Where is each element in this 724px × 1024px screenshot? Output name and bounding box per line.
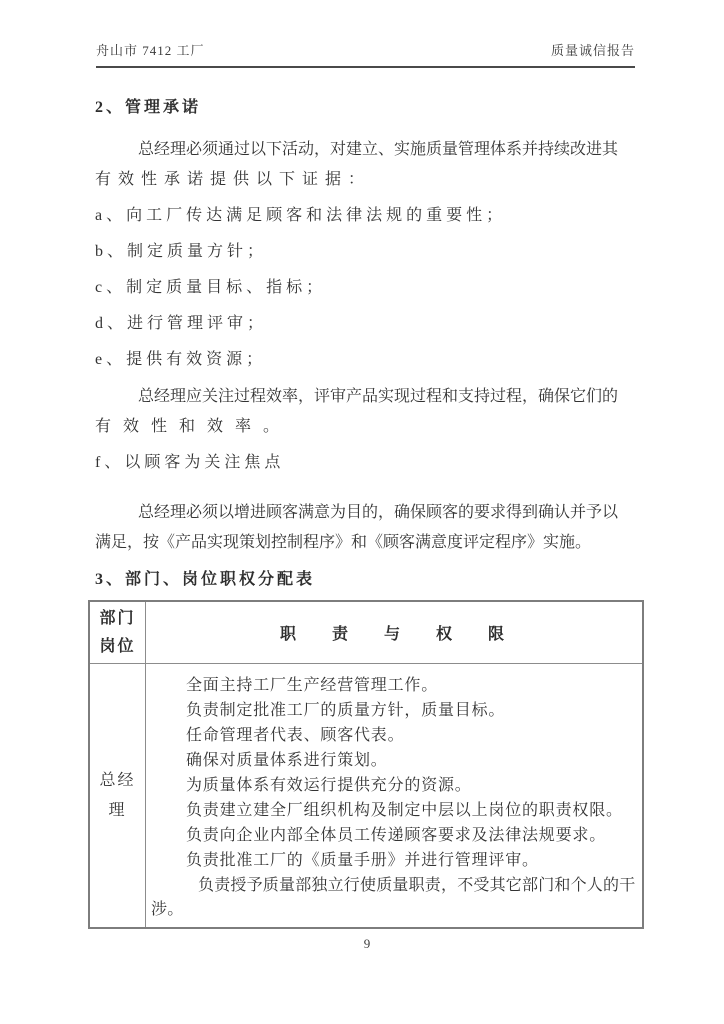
header-cell-duties: 职 责 与 权 限	[146, 601, 644, 664]
header-report-title: 质量诚信报告	[551, 42, 635, 60]
duty-table-body-row: 总经理 全面主持工厂生产经营管理工作。 负责制定批准工厂的质量方针，质量目标。 …	[89, 664, 643, 929]
duty-item-6: 负责建立建全厂组织机构及制定中层以上岗位的职责权限。	[151, 799, 638, 823]
header-cell-position: 部门岗位	[89, 601, 146, 664]
page-header: 舟山市 7412 工厂 质量诚信报告	[96, 42, 635, 68]
process-line-2: 有效性和效率。	[95, 412, 639, 442]
duty-item-1: 全面主持工厂生产经营管理工作。	[151, 674, 638, 698]
process-paragraph: 总经理应关注过程效率，评审产品实现过程和支持过程，确保它们的 有效性和效率。	[95, 382, 639, 442]
intro-paragraph: 总经理必须通过以下活动，对建立、实施质量管理体系并持续改进其 有效性承诺提供以下…	[95, 135, 639, 195]
document-page: 舟山市 7412 工厂 质量诚信报告 2、管理承诺 总经理必须通过以下活动，对建…	[0, 0, 724, 1024]
header-company: 舟山市 7412 工厂	[96, 42, 205, 60]
page-content: 2、管理承诺 总经理必须通过以下活动，对建立、实施质量管理体系并持续改进其 有效…	[95, 88, 639, 952]
section-3-title: 3、部门、岗位职权分配表	[95, 568, 639, 592]
page-number: 9	[95, 936, 639, 952]
commitment-item-e: e、提供有效资源；	[95, 345, 639, 375]
commitment-item-a: a、向工厂传达满足顾客和法律法规的重要性；	[95, 201, 639, 231]
intro-line-2: 有效性承诺提供以下证据：	[95, 165, 639, 195]
commitment-item-b: b、制定质量方针；	[95, 237, 639, 267]
duty-item-9: 负责授予质量部独立行使质量职责，不受其它部门和个人的干 涉。	[151, 874, 638, 922]
duty-item-4: 确保对质量体系进行策划。	[151, 749, 638, 773]
duty-item-2: 负责制定批准工厂的质量方针，质量目标。	[151, 699, 638, 723]
duty-table: 部门岗位 职 责 与 权 限 总经理 全面主持工厂生产经营管理工作。 负责制定批…	[88, 600, 644, 929]
duty-item-7: 负责向企业内部全体员工传递顾客要求及法律法规要求。	[151, 824, 638, 848]
intro-line-1: 总经理必须通过以下活动，对建立、实施质量管理体系并持续改进其	[95, 135, 639, 165]
process-line-1: 总经理应关注过程效率，评审产品实现过程和支持过程，确保它们的	[95, 382, 639, 412]
duty-item-3: 任命管理者代表、顾客代表。	[151, 724, 638, 748]
position-cell: 总经理	[89, 664, 146, 929]
customer-line-2: 满足，按《产品实现策划控制程序》和《顾客满意度评定程序》实施。	[95, 528, 639, 558]
duty-item-8: 负责批准工厂的《质量手册》并进行管理评审。	[151, 849, 638, 873]
customer-line-1: 总经理必须以增进顾客满意为目的，确保顾客的要求得到确认并予以	[95, 498, 639, 528]
duty-item-5: 为质量体系有效运行提供充分的资源。	[151, 774, 638, 798]
duties-cell: 全面主持工厂生产经营管理工作。 负责制定批准工厂的质量方针，质量目标。 任命管理…	[146, 664, 644, 929]
customer-paragraph: 总经理必须以增进顾客满意为目的，确保顾客的要求得到确认并予以 满足，按《产品实现…	[95, 498, 639, 558]
section-2-title: 2、管理承诺	[95, 96, 639, 120]
duty-table-header-row: 部门岗位 职 责 与 权 限	[89, 601, 643, 664]
commitment-item-d: d、进行管理评审；	[95, 309, 639, 339]
commitment-item-c: c、制定质量目标、指标；	[95, 273, 639, 303]
commitment-item-f: f、以顾客为关注焦点	[95, 448, 639, 478]
